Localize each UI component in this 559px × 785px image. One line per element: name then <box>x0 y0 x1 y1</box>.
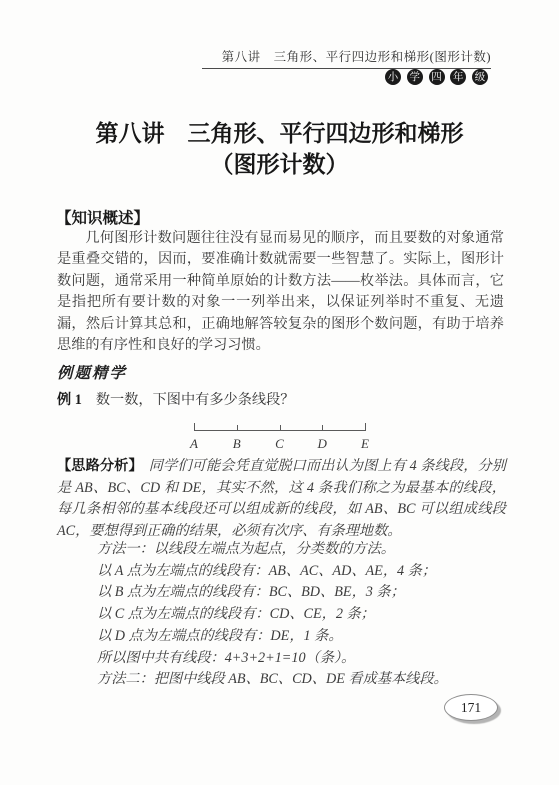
method-list: 方法一：以线段左端点为起点，分类数的方法。 以 A 点为左端点的线段有：AB、A… <box>57 539 506 691</box>
analysis-heading: 【思路分析】 <box>57 458 149 474</box>
book-page: 第八讲 三角形、平行四边形和梯形(图形计数) 小 学 四 年 级 第八讲 三角形… <box>0 0 559 785</box>
chapter-title-line1: 第八讲 三角形、平行四边形和梯形 <box>0 118 559 149</box>
point-label-C: C <box>275 436 284 452</box>
segment-diagram: A B C D E <box>194 421 365 455</box>
method-line: 方法二：把图中线段 AB、BC、CD、DE 看成基本线段。 <box>57 669 506 691</box>
knowledge-paragraph: 几何图形计数问题往往没有显而易见的顺序，而且要数的对象通常是重叠交错的，因而，要… <box>57 228 504 356</box>
point-label-A: A <box>190 436 198 452</box>
tick-B <box>237 425 238 431</box>
chapter-title-line2: （图形计数） <box>0 149 559 180</box>
knowledge-heading: 【知识概述】 <box>56 206 149 228</box>
method-line: 以 B 点为左端点的线段有：BC、BD、BE，3 条； <box>57 582 506 604</box>
method-line: 以 A 点为左端点的线段有：AB、AC、AD、AE，4 条； <box>57 561 506 583</box>
grade-badge: 四 <box>429 69 445 85</box>
method-line: 以 D 点为左端点的线段有：DE，1 条。 <box>57 626 506 648</box>
example1-question-row: 例 1数一数，下图中有多少条线段？ <box>57 389 504 409</box>
examples-section-heading: 例题精学 <box>57 361 127 383</box>
tick-A <box>194 423 195 431</box>
tick-C <box>280 425 281 431</box>
method-line: 方法一：以线段左端点为起点，分类数的方法。 <box>57 539 506 561</box>
grade-badge: 级 <box>472 69 488 85</box>
tick-D <box>322 425 323 431</box>
tick-E <box>365 423 366 431</box>
grade-badges: 小 学 四 年 级 <box>385 69 488 85</box>
grade-badge: 学 <box>407 69 423 85</box>
example1-label: 例 1 <box>57 392 82 408</box>
example1-question: 数一数，下图中有多少条线段？ <box>96 392 295 408</box>
grade-badge: 小 <box>385 69 401 85</box>
point-label-D: D <box>318 436 327 452</box>
grade-badge: 年 <box>450 69 466 85</box>
point-label-B: B <box>233 436 241 452</box>
chapter-title: 第八讲 三角形、平行四边形和梯形 （图形计数） <box>0 118 559 180</box>
method-line: 所以图中共有线段：4+3+2+1=10（条）。 <box>57 648 506 670</box>
page-number: 171 <box>444 694 498 721</box>
point-label-E: E <box>361 436 369 452</box>
analysis-paragraph: 【思路分析】同学们可能会凭直觉脱口而出认为图上有 4 条线段，分别是 AB、BC… <box>57 456 506 542</box>
running-head: 第八讲 三角形、平行四边形和梯形(图形计数) <box>202 47 491 69</box>
method-line: 以 C 点为左端点的线段有：CD、CE，2 条； <box>57 604 506 626</box>
